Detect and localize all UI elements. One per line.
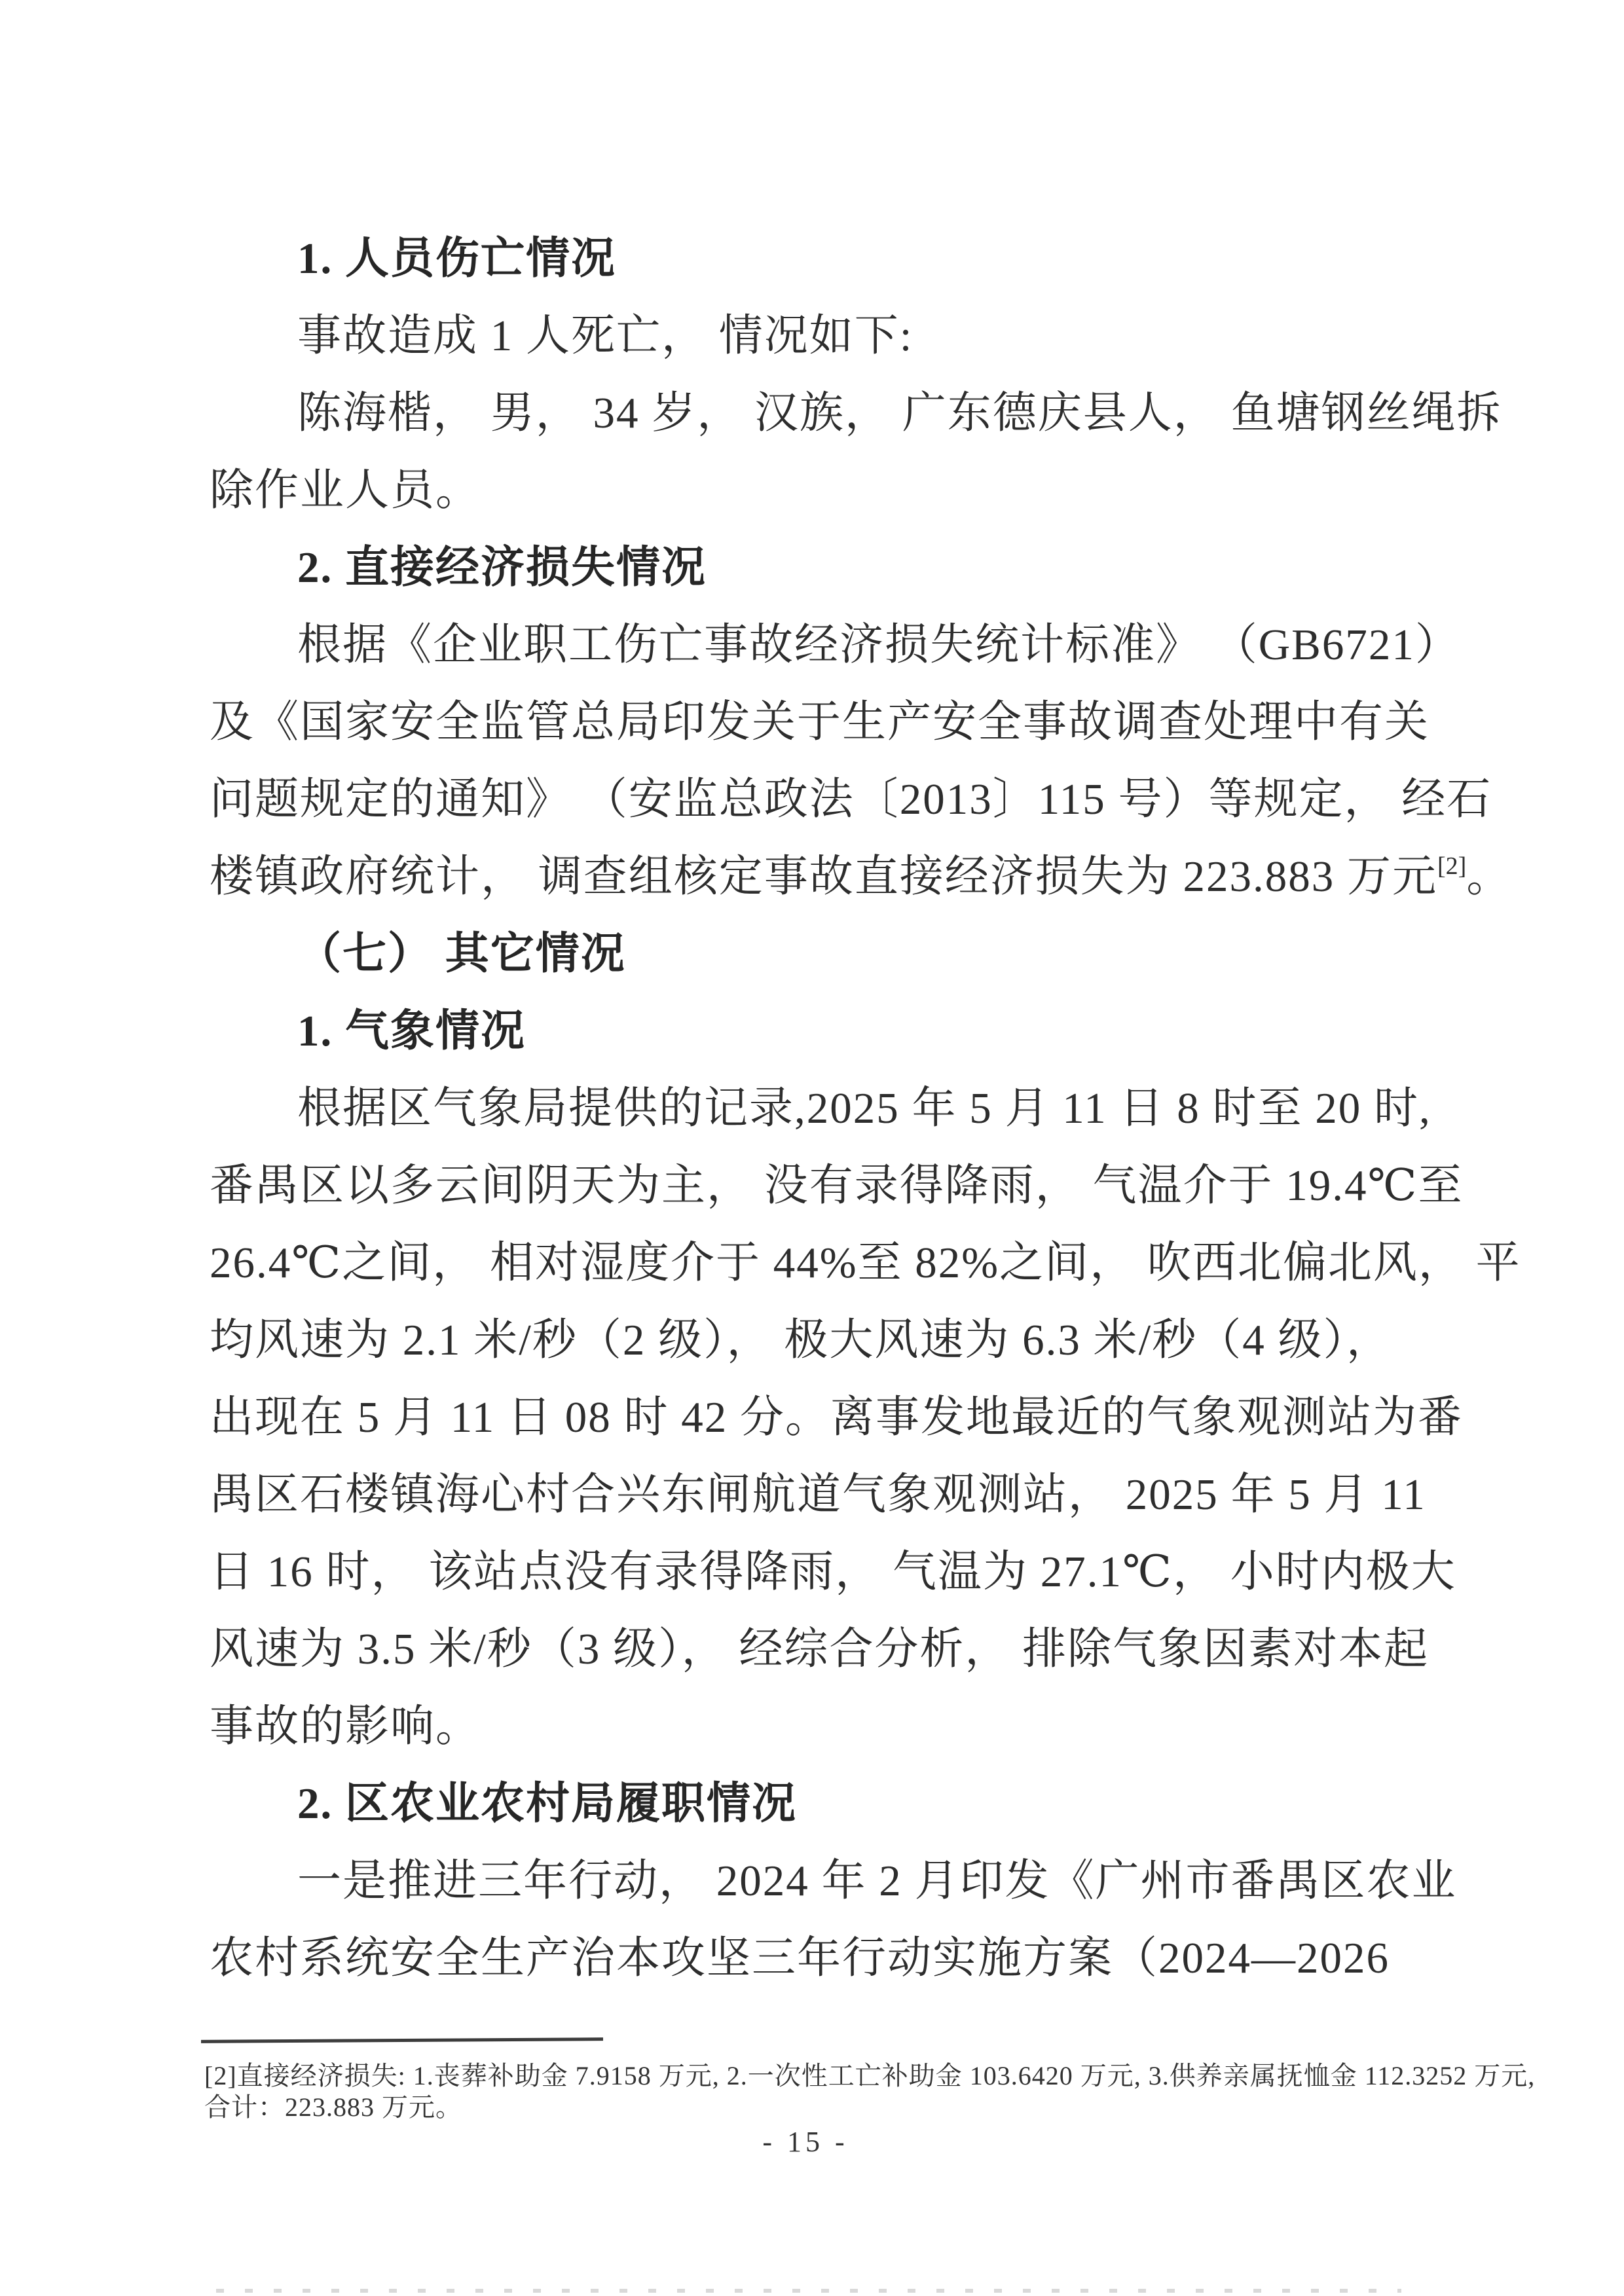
heading-economic-loss: 2. 直接经济损失情况 [210,529,1486,606]
body-line: 事故造成 1 人死亡， 情况如下: [210,297,1486,374]
body-line: 除作业人员。 [210,452,1398,529]
footnote-divider [201,2037,603,2043]
body-line: 问题规定的通知》 （安监总政法〔2013〕115 号）等规定， 经石 [210,761,1398,838]
document-page: 1. 人员伤亡情况 事故造成 1 人死亡， 情况如下: 陈海楷， 男， 34 岁… [0,0,1624,2296]
body-line-text: 。 [1466,852,1511,901]
page-number: - 15 - [0,2125,1611,2159]
body-line: 禺区石楼镇海心村合兴东闸航道气象观测站， 2025 年 5 月 11 [210,1456,1398,1533]
body-line: 26.4℃之间， 相对湿度介于 44%至 82%之间， 吹西北偏北风， 平 [210,1224,1398,1302]
body-line: 根据《企业职工伤亡事故经济损失统计标准》 （GB6721） [210,606,1486,683]
footnote-reference: [2] [1437,852,1466,880]
body-line: 农村系统安全生产治本攻坚三年行动实施方案（2024—2026 [210,1920,1398,1997]
body-line: 风速为 3.5 米/秒（3 级）， 经综合分析， 排除气象因素对本起 [210,1611,1398,1688]
body-line: 出现在 5 月 11 日 08 时 42 分。离事发地最近的气象观测站为番 [210,1379,1398,1456]
body-line: 事故的影响。 [210,1688,1398,1765]
heading-other: （七） 其它情况 [210,915,1486,993]
body-line-text: 楼镇政府统计， 调查组核定事故直接经济损失为 223.883 万元 [210,852,1437,901]
heading-agriculture-bureau: 2. 区农业农村局履职情况 [210,1765,1486,1842]
body-line: 根据区气象局提供的记录,2025 年 5 月 11 日 8 时至 20 时, [210,1070,1486,1147]
footnote-line: [2]直接经济损失: 1.丧葬补助金 7.9158 万元, 2.一次性工亡补助金… [204,2060,1462,2092]
body-line: 日 16 时， 该站点没有录得降雨， 气温为 27.1℃， 小时内极大 [210,1533,1398,1611]
heading-casualty: 1. 人员伤亡情况 [210,220,1486,297]
heading-weather: 1. 气象情况 [210,993,1486,1070]
body-line: 及《国家安全监管总局印发关于生产安全事故调查处理中有关 [210,683,1398,761]
body-line: 番禺区以多云间阴天为主， 没有录得降雨， 气温介于 19.4℃至 [210,1147,1398,1224]
footnote-line: 合计：223.883 万元。 [204,2091,1462,2124]
body-line: 均风速为 2.1 米/秒（2 级）， 极大风速为 6.3 米/秒（4 级）， [210,1302,1398,1379]
body-line-with-footnote-ref: 楼镇政府统计， 调查组核定事故直接经济损失为 223.883 万元[2]。 [210,838,1398,915]
body-line: 陈海楷， 男， 34 岁， 汉族， 广东德庆县人， 鱼塘钢丝绳拆 [210,374,1486,452]
body-line: 一是推进三年行动， 2024 年 2 月印发《广州市番禺区农业 [210,1842,1486,1920]
scan-bleed-artifact [216,2289,1401,2293]
